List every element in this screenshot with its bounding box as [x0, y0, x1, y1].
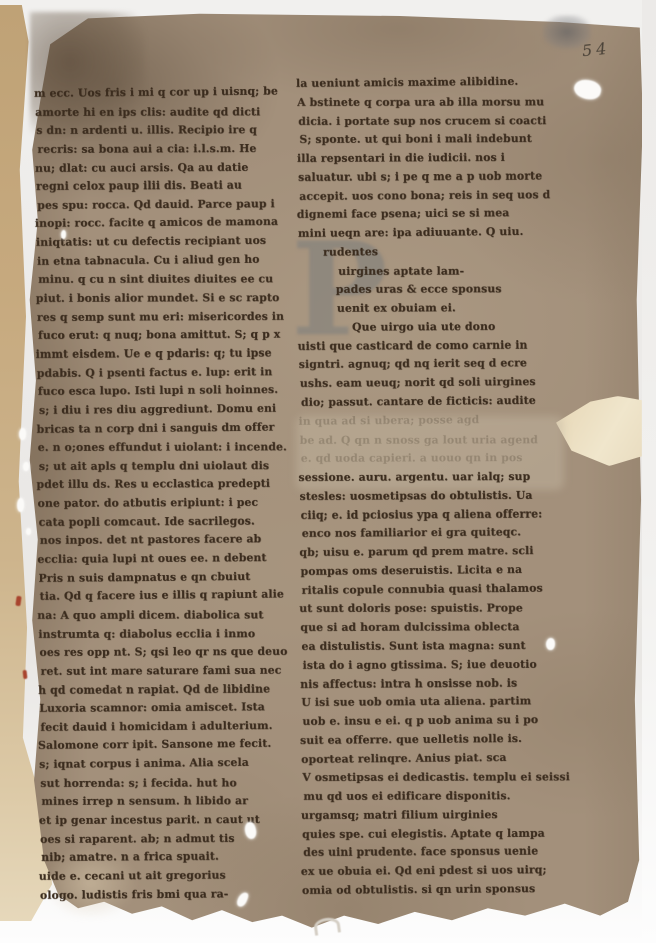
text-line: be ad. Q qn n snoss ga lout uria agend	[300, 433, 574, 452]
text-line: S; sponte. ut qui boni i mali indebunt	[299, 132, 573, 152]
text-line: que si ad horam dulcissima oblecta	[300, 620, 574, 640]
text-line: pdabis. Q i psenti factus e. lup: erit i…	[37, 365, 291, 385]
text-line: e. n o;ones effundut i uiolant: i incend…	[38, 440, 292, 459]
text-line: dicia. i portate sup nos crucem si coact…	[298, 113, 572, 133]
text-line: iniqtatis: ut cu defectis recipiant uos	[36, 234, 290, 255]
text-line: ea distulistis. Sunt ista magna: sunt	[301, 639, 575, 659]
text-line: fuco erut: q nuq; bona amittut. S; q p x	[38, 328, 292, 348]
text-line: inopi: rocc. facite q amicos de mamona	[35, 215, 289, 236]
text-line: ushs. eam ueuq; norit qd soli uirgines	[300, 375, 574, 396]
text-line: ritalis copule connubia quasi thalamos	[302, 581, 576, 602]
text-column-left: m ecc. Uos fris i mi q cor up i uisnq; b…	[35, 85, 294, 907]
text-line: illa repsentari in die iudicii. nos i	[297, 151, 571, 171]
manuscript-photo: 54 P m ecc. Uos fris i mi q cor up i uis…	[0, 0, 656, 943]
text-line: piut. i bonis alior mundet. Si e sc rapt…	[36, 291, 290, 310]
text-line: ret. sut int mare saturare fami sua nec	[41, 663, 295, 683]
text-line: ista do i agno gtissima. S; iue deuotio	[303, 657, 577, 677]
text-line: la ueniunt amicis maxime alibidine.	[296, 74, 570, 95]
text-line: uirgines aptate lam-	[300, 264, 574, 283]
text-line: regni celox paup ilii dis. Beati au	[36, 178, 290, 198]
text-line: tia. Qd q facere ius e illis q rapiunt a…	[40, 588, 294, 609]
text-line: h qd comedat n rapiat. Qd de libidine	[38, 682, 292, 702]
text-line: instrumta q: diabolus ecclia i inmo	[38, 627, 292, 646]
text-line: s; iqnat corpus i anima. Alia scela	[39, 755, 293, 776]
text-line: e. qd uoda capieri. a uouo qn in pos	[301, 451, 575, 471]
text-line: U isi sue uob omia uta aliena. partim	[301, 694, 575, 715]
text-line: mu qd uos ei edificare disponitis.	[303, 789, 577, 809]
text-line: sut horrenda: s; i fecida. hut ho	[40, 776, 294, 795]
text-line: stesles: uosmetipsas do obtulistis. Ua	[300, 488, 574, 508]
text-line: s dn: n ardenti u. illis. Recipio ire q	[36, 123, 290, 142]
text-line: saluatur. ubi s; i pe q me a p uob morte	[298, 169, 572, 189]
text-line: pompas oms deseruistis. Licita e na	[300, 562, 574, 583]
folio-number: 54	[581, 39, 611, 61]
text-line: oporteat relinqre. Anius piat. sca	[301, 750, 575, 771]
text-line: ut sunt doloris pose: spuistis. Prope	[299, 602, 573, 621]
text-line: minu. q cu n sint diuites diuites ee cu	[38, 273, 292, 292]
text-line: s; ut ait apls q templu dni uiolaut dis	[39, 459, 293, 478]
text-line: amorte hi en ips clis: audite qd dicti	[35, 105, 289, 124]
text-line: bricas ta n corp dni i sanguis dm offer	[37, 420, 291, 441]
text-line: qb; uisu e. parum qd prem matre. scli	[299, 544, 573, 565]
text-line: one pator. do atbutis eripiunt: i pec	[38, 496, 292, 516]
text-line: in etna tabnacula. Cu i aliud gen ho	[37, 252, 291, 273]
text-line: ecclia: quia lupi nt oues ee. n debent	[37, 551, 291, 572]
worm-hole	[19, 428, 26, 440]
text-column-right: la ueniunt amicis maxime alibidine.A bst…	[297, 75, 576, 902]
worm-hole	[61, 230, 66, 239]
text-line: nis affectus: intra h onsisse nob. is	[300, 676, 574, 696]
text-line: na: A quo ampli dicem. diabolica sut	[37, 608, 291, 627]
parchment-hole	[546, 638, 555, 650]
worm-hole	[23, 462, 29, 471]
text-line: A bstinete q corpa ura ab illa morsu mu	[297, 95, 571, 114]
text-line: cata popli comcaut. Ide sacrilegos.	[39, 514, 293, 534]
text-line: des uini prudente. face sponsus uenie	[303, 845, 577, 865]
text-line: sessione. auru. argentu. uar ialq; sup	[298, 470, 572, 490]
text-line: uenit ex obuiam ei.	[299, 301, 573, 321]
text-line: pdet illu ds. Res u ecclastica predepti	[36, 477, 290, 497]
text-line: omia od obtulistis. si qn urin sponsus	[302, 882, 576, 903]
text-line: ex ue obuia ei. Qd eni pdest si uos uirq…	[301, 863, 575, 884]
text-line: m ecc. Uos fris i mi q cor up i uisnq; b…	[34, 84, 288, 105]
worm-hole	[26, 528, 31, 535]
text-line: V osmetipsas ei dedicastis. templu ei se…	[302, 771, 576, 790]
text-line: nu; dlat: cu auci arsis. Qa au datie	[35, 160, 289, 180]
text-line: nib; amatre. n a frica spuait.	[41, 849, 295, 869]
rubric-mark	[23, 670, 28, 679]
text-line: urgamsq; matri filium uirginies	[301, 808, 575, 828]
text-line: suit ea offerre. que uelletis nolle is.	[300, 731, 574, 752]
text-line: immt eisdem. Ue e q pdaris: q; tu ipse	[36, 346, 290, 366]
text-line: Luxoria scamnor: omia amiscet. Ista	[39, 700, 293, 720]
worm-hole	[17, 498, 24, 512]
text-line: recris: sa bona aui a cia: i.l.s.m. He	[37, 142, 291, 162]
text-line: nos inpos. det nt pastores facere ab	[40, 532, 294, 552]
text-line: Que uirgo uia ute dono	[300, 319, 574, 339]
text-line: ologo. ludistis fris bmi qua ra-	[40, 886, 294, 907]
text-line: rudentes	[299, 243, 573, 264]
text-line: ciiq; e. id pciosius ypa q aliena offerr…	[301, 507, 575, 527]
text-line: res q semp sunt mu eri: misericordes in	[37, 309, 291, 329]
text-line: oes res opp nt. S; qsi leo qr ns que deu…	[39, 645, 293, 665]
text-line: mines irrep n sensum. h libido ar	[41, 794, 295, 813]
text-line: fuco esca lupo. Isti lupi n soli hoinnes…	[38, 383, 292, 404]
text-line: pades uras & ecce sponsus	[298, 282, 572, 302]
text-line: quies spe. cui elegistis. Aptate q lampa	[302, 826, 576, 846]
text-line: enco nos familiarior ei gra quiteqc.	[302, 525, 576, 546]
text-line: uide e. cecani ut ait gregorius	[39, 868, 293, 888]
text-line: s; i diu i res diu aggrediunt. Domu eni	[39, 401, 293, 422]
text-line: uob e. insu e ei. q p uob anima su i po	[302, 713, 576, 734]
text-line: in qua ad si ubera; posse agd	[299, 412, 573, 433]
text-line: dio; passut. cantare de ficticis: audite	[301, 393, 575, 414]
